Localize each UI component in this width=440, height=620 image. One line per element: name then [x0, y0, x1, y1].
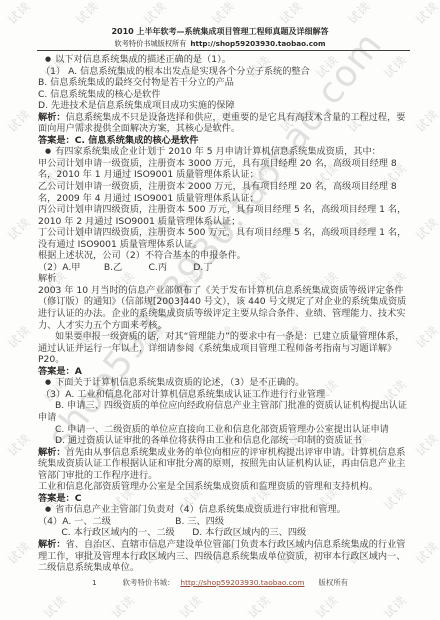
analysis-text: 信息系统集成不只是设备选择和供应，更重要的是它具有高技术含量的工程过程，要面向用…	[38, 112, 406, 135]
option-line: （1） A. 信息系统集成的根本出发点是实现各个分立子系统的整合	[38, 66, 409, 78]
question-block-3: ●下面关于计算机信息系统集成资质的论述，（3）是不正确的。 （3）A. 工业和信…	[38, 377, 409, 504]
option-line: B. 信息系统集成的最终交付物是若干分立的产品	[38, 77, 409, 89]
question-block-1: ●以下对信息系统集成的描述正确的是（1）。 （1） A. 信息系统集成的根本出发…	[38, 54, 409, 146]
option-line: C. 申请一、二级资质的单位应直接向工业和信息化部资质管理办公室提出认证申请	[38, 424, 409, 436]
analysis-text: 首先由从事信息系统集成业务的单位向相应的评审机构提出评审申请。计算机信息系统集成…	[38, 447, 406, 481]
question-stem-text: 有四家系统集成企业计划于 2010 年 5 月申请计算机信息系统集成资质，其中：	[55, 146, 381, 157]
preview-stamp-watermark: 试读	[4, 105, 34, 135]
analysis-paragraph: 如果要申报一级资质的话，对其“管理能力”的要求中有一条是：已建立质量管理体系，通…	[38, 331, 409, 366]
analysis-label: 解析：	[38, 447, 66, 458]
company-line: 丁公司计划申请四级资质，注册资本 500 万元，具有项目经理 5 名，高级项目经…	[38, 227, 409, 250]
preview-stamp-watermark: 试读	[412, 537, 440, 567]
question-stem: ●有四家系统集成企业计划于 2010 年 5 月申请计算机信息系统集成资质，其中…	[38, 146, 409, 158]
option-row: （2）A.甲 B.乙 C.丙 D.丁	[38, 262, 409, 274]
analysis-paragraph: 解析：首先由从事信息系统集成业务的单位向相应的评审机构提出评审申请。计算机信息系…	[38, 447, 409, 482]
footer-site-label: 软考特价书城：	[123, 578, 175, 587]
header-divider	[37, 50, 410, 51]
option-line: B. 申请三、四级资质的单位应向经政府信息产业主管部门批准的资质认证机构提出认证…	[38, 400, 409, 423]
option-row: （4）A. 一、二级 B. 三、四级	[38, 516, 409, 528]
analysis-label: 解析：	[38, 539, 66, 550]
analysis-paragraph: 解析：省、自治区、直辖市信息产建设单位管部门负责本行政区域内信息系统集成的行业管…	[38, 539, 409, 574]
analysis-paragraph: 2003 年 10 月当时的信息产业部颁布了《关于发布计算机信息系统集成资质等级…	[38, 285, 409, 331]
preview-stamp-watermark: 试读	[176, 591, 206, 620]
preview-stamp-watermark: 试读	[412, 0, 440, 28]
question-block-4: ●省市信息产业主管部门负责对（4）信息系统集成资质进行审批和管理。 （4）A. …	[38, 504, 409, 573]
preview-stamp-watermark: 试读	[412, 429, 440, 459]
preview-stamp-watermark: 试读	[72, 0, 102, 28]
preview-stamp-watermark: 试读	[4, 429, 34, 459]
analysis-paragraph: 工业和信息化部资质管理办公室是全国系统集成资质和监理资质的管理和支持机构。	[38, 481, 409, 493]
answer-line: 答案是：A	[38, 366, 409, 378]
page-number: 1	[92, 578, 97, 587]
option-line: C. 信息系统集成的核心是软件	[38, 89, 409, 101]
preview-stamp-watermark: 试读	[140, 0, 170, 28]
preview-stamp-watermark: 试读	[244, 591, 274, 620]
company-line: 甲公司计划申请一级资质，注册资本 3000 万元，具有项目经理 20 名，高级项…	[38, 158, 409, 181]
option-line: （3）A. 工业和信息化部对计算机信息系统集成认证工作进行行业管理	[38, 389, 409, 401]
analysis-label: 解析：	[38, 112, 66, 123]
analysis-text: 省、自治区、直辖市信息产建设单位管部门负责本行政区域内信息系统集成的行业管理工作…	[38, 539, 406, 573]
preview-stamp-watermark: 试读	[40, 591, 70, 620]
bullet-icon: ●	[45, 504, 51, 516]
preview-stamp-watermark: 试读	[208, 0, 238, 28]
question-stem-text: 下面关于计算机信息系统集成资质的论述，（3）是不正确的。	[55, 377, 304, 388]
preview-stamp-watermark: 试读	[4, 537, 34, 567]
company-line: 丙公司计划申请四级资质，注册资本 500 万元，具有项目经理 5 名，高级项目经…	[38, 204, 409, 227]
analysis-paragraph: 解析：信息系统集成不只是设备选择和供应，更重要的是它具有高技术含量的工程过程，要…	[38, 112, 409, 135]
preview-stamp-watermark: 试读	[412, 213, 440, 243]
question-stem: ●以下对信息系统集成的描述正确的是（1）。	[38, 54, 409, 66]
analysis-label: 解析	[38, 273, 409, 285]
header-url-text: http://shop59203930.taobao.com	[190, 39, 325, 48]
question-stem-text: 以下对信息系统集成的描述正确的是（1）。	[55, 54, 231, 65]
preview-stamp-watermark: 试读	[4, 213, 34, 243]
preview-stamp-watermark: 试读	[4, 0, 34, 28]
preview-stamp-watermark: 试读	[344, 0, 374, 28]
question-stem: ●下面关于计算机信息系统集成资质的论述，（3）是不正确的。	[38, 377, 409, 389]
option-line: D. 通过资质认证审批的各单位将获得由工业和信息化部统一印制的资质证书	[38, 435, 409, 447]
preview-stamp-watermark: 试读	[108, 591, 138, 620]
document-title: 2010 上半年软考—系统集成项目管理工程师真题及详细解答	[0, 26, 440, 37]
page-footer: 1软考特价书城：http://shop59203930.taobao.com版权…	[0, 577, 440, 588]
document-page: 试读试读试读试读试读试读试读试读试读试读试读试读试读试读试读试读试读试读试读试读…	[0, 0, 440, 620]
preview-stamp-watermark: 试读	[4, 321, 34, 351]
question-closing-line: 根据上述状况，公司（2）不符合基本的申报条件。	[38, 250, 409, 262]
question-stem-text: 省市信息产业主管部门负责对（4）信息系统集成资质进行审批和管理。	[55, 504, 346, 515]
option-row: C. 本行政区域内的一、二级 D. 本行政区域内的三、四级	[38, 527, 409, 539]
page-header: 2010 上半年软考—系统集成项目管理工程师真题及详细解答 软考特价书城版权所有…	[0, 26, 440, 49]
bullet-icon: ●	[45, 54, 51, 66]
document-content: ●以下对信息系统集成的描述正确的是（1）。 （1） A. 信息系统集成的根本出发…	[38, 54, 409, 574]
answer-line: 答案是：C	[38, 493, 409, 505]
question-stem: ●省市信息产业主管部门负责对（4）信息系统集成资质进行审批和管理。	[38, 504, 409, 516]
footer-copyright: 版权所有	[318, 578, 348, 587]
preview-stamp-watermark: 试读	[312, 591, 342, 620]
header-copyright-text: 软考特价书城版权所有	[115, 39, 187, 48]
footer-url-link[interactable]: http://shop59203930.taobao.com	[180, 578, 304, 587]
bullet-icon: ●	[45, 377, 51, 389]
preview-stamp-watermark: 试读	[412, 105, 440, 135]
preview-stamp-watermark: 试读	[412, 321, 440, 351]
question-block-2: ●有四家系统集成企业计划于 2010 年 5 月申请计算机信息系统集成资质，其中…	[38, 146, 409, 377]
answer-line: 答案是：C. 信息系统集成的核心是软件	[38, 135, 409, 147]
preview-stamp-watermark: 试读	[380, 591, 410, 620]
option-line: D. 先进技术是信息系统集成项目成功实施的保障	[38, 100, 409, 112]
header-copyright-line: 软考特价书城版权所有http://shop59203930.taobao.com	[0, 39, 440, 49]
bullet-icon: ●	[45, 146, 51, 158]
preview-stamp-watermark: 试读	[276, 0, 306, 28]
company-line: 乙公司计划申请一级资质，注册资本 2000 万元，具有项目经理 20 名，高级项…	[38, 181, 409, 204]
